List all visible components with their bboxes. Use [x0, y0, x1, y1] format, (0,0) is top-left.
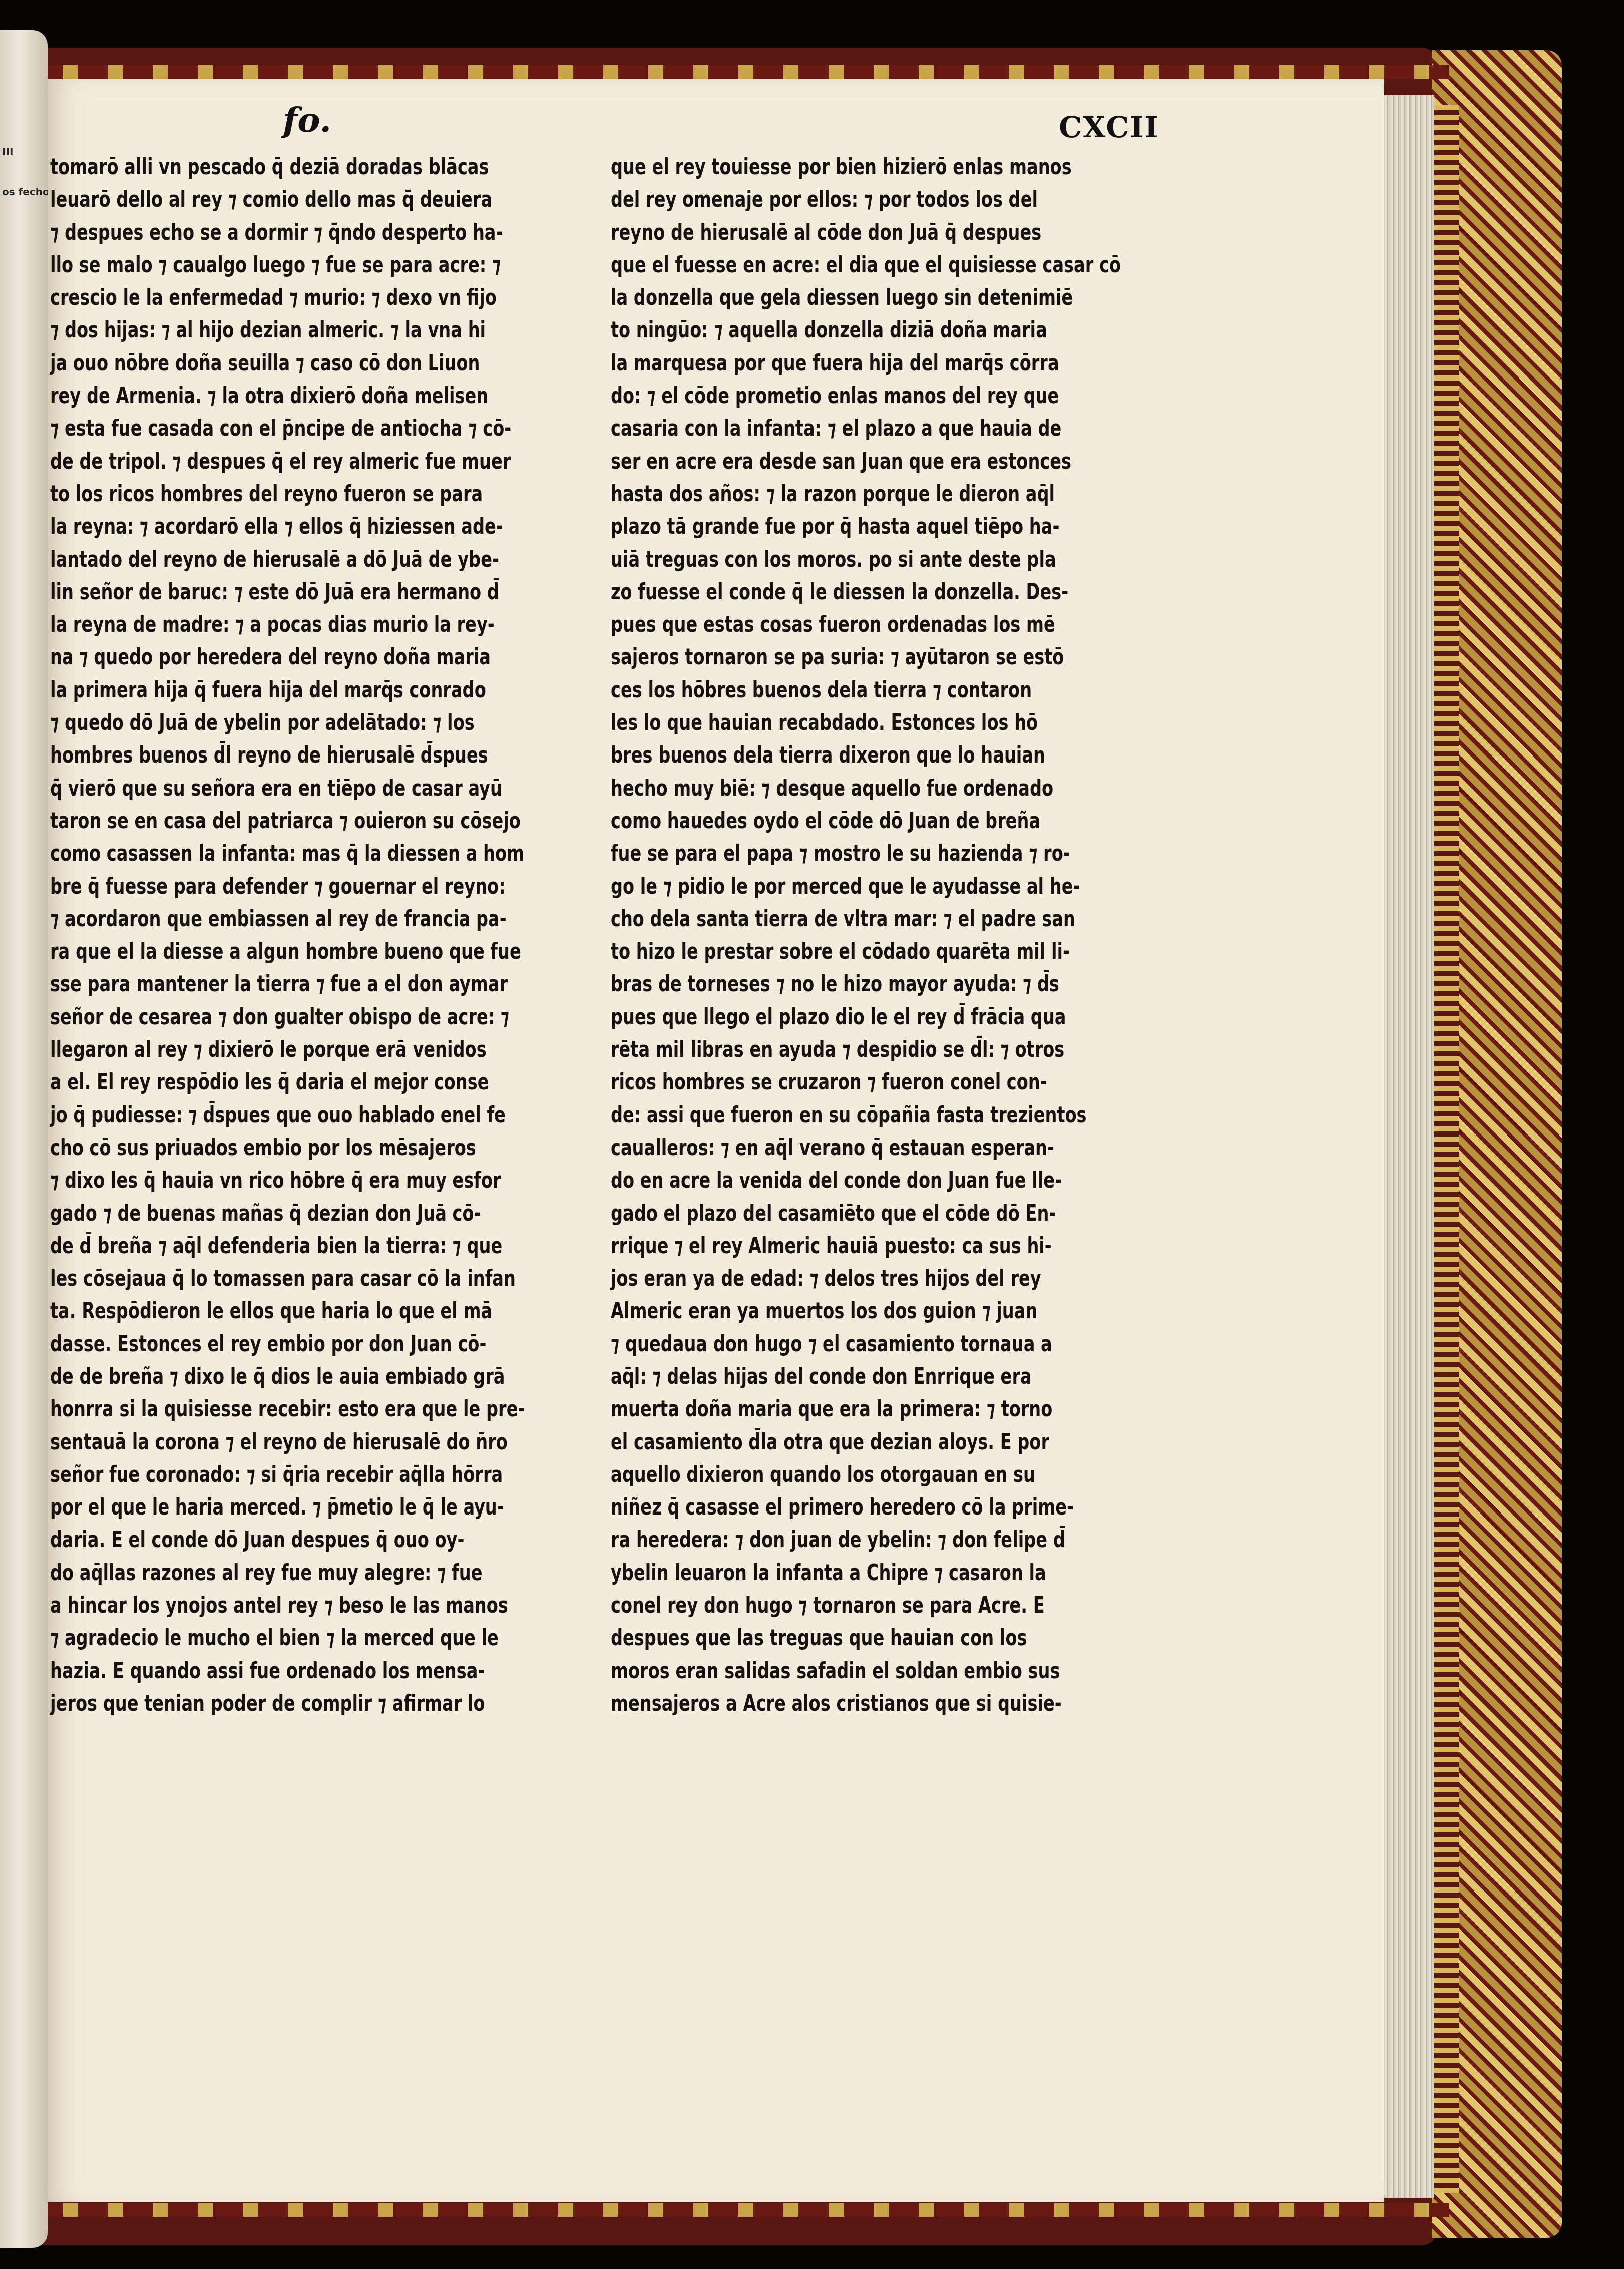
text-line: a el. El rey respōdio les q̄ daria el me… — [50, 1065, 525, 1098]
text-line: do: ⁊ el cōde prometio enlas manos del r… — [611, 379, 1121, 412]
text-line: despues que las treguas que hauian con l… — [611, 1621, 1121, 1654]
text-line: que el rey touiesse por bien hizierō enl… — [611, 150, 1121, 183]
text-line: que el fuesse en acre: el dia que el qui… — [611, 248, 1121, 281]
text-line: do aq̄llas razones al rey fue muy alegre… — [50, 1556, 525, 1589]
text-line: ⁊ dixo les q̄ hauia vn rico hōbre q̄ era… — [50, 1164, 525, 1196]
text-line: tomarō alli vn pescado q̄ deziā doradas … — [50, 150, 525, 183]
text-line: aquello dixieron quando los otorgauan en… — [611, 1458, 1121, 1490]
text-line: sajeros tornaron se pa suria: ⁊ ayūtaron… — [611, 640, 1121, 673]
text-line: rrique ⁊ el rey Almeric hauiā puesto: ca… — [611, 1229, 1121, 1262]
text-line: honrra si la quisiesse recebir: esto era… — [50, 1392, 525, 1425]
text-line: de de breña ⁊ dixo le q̄ dios le auia em… — [50, 1360, 525, 1392]
text-line: les cōsejaua q̄ lo tomassen para casar c… — [50, 1262, 525, 1294]
text-line: plazo tā grande fue por q̄ hasta aquel t… — [611, 510, 1121, 542]
text-line: ra heredera: ⁊ don juan de ybelin: ⁊ don… — [611, 1523, 1121, 1556]
text-line: de d̄ breña ⁊ aq̄l defenderia bien la ti… — [50, 1229, 525, 1262]
text-line: la donzella que gela diessen luego sin d… — [611, 281, 1121, 313]
text-line: moros eran salidas safadin el soldan emb… — [611, 1654, 1121, 1687]
text-line: ricos hombres se cruzaron ⁊ fueron conel… — [611, 1065, 1121, 1098]
text-line: ⁊ esta fue casada con el p̄ncipe de anti… — [50, 412, 525, 444]
text-line: ybelin leuaron la infanta a Chipre ⁊ cas… — [611, 1556, 1121, 1589]
text-column-left: tomarō alli vn pescado q̄ deziā doradas … — [50, 150, 525, 1719]
text-line: fue se para el papa ⁊ mostro le su hazie… — [611, 837, 1121, 869]
text-line: lin señor de baruc: ⁊ este dō Juā era he… — [50, 575, 525, 608]
text-line: daria. E el conde dō Juan despues q̄ ouo… — [50, 1523, 525, 1556]
folio-label: fo. — [283, 100, 331, 140]
text-line: pues que estas cosas fueron ordenadas lo… — [611, 608, 1121, 640]
text-line: de: assi que fueron en su cōpañia fasta … — [611, 1098, 1121, 1131]
text-line: la reyna: ⁊ acordarō ella ⁊ ellos q̄ hiz… — [50, 510, 525, 542]
text-line: caualleros: ⁊ en aq̄l verano q̄ estauan … — [611, 1131, 1121, 1164]
text-line: sse para mantener la tierra ⁊ fue a el d… — [50, 967, 525, 1000]
text-line: les lo que hauian recabdado. Estonces lo… — [611, 706, 1121, 738]
text-line: señor fue coronado: ⁊ si q̄ria recebir a… — [50, 1458, 525, 1490]
text-line: hombres buenos d̄l reyno de hierusalē d̄… — [50, 738, 525, 771]
text-line: ces los hōbres buenos dela tierra ⁊ cont… — [611, 673, 1121, 706]
text-line: leuarō dello al rey ⁊ comio dello mas q̄… — [50, 183, 525, 215]
text-line: jos eran ya de edad: ⁊ delos tres hijos … — [611, 1262, 1121, 1294]
text-line: reyno de hierusalē al cōde don Juā q̄ de… — [611, 216, 1121, 248]
text-line: jeros que tenian poder de complir ⁊ afir… — [50, 1687, 525, 1719]
text-line: do en acre la venida del conde don Juan … — [611, 1164, 1121, 1196]
text-line: por el que le haria merced. ⁊ p̄metio le… — [50, 1490, 525, 1523]
text-line: casaria con la infanta: ⁊ el plazo a que… — [611, 412, 1121, 444]
text-line: ⁊ quedo dō Juā de ybelin por adelātado: … — [50, 706, 525, 738]
text-line: hazia. E quando assi fue ordenado los me… — [50, 1654, 525, 1687]
text-line: cho dela santa tierra de vltra mar: ⁊ el… — [611, 902, 1121, 935]
text-line: ⁊ agradecio le mucho el bien ⁊ la merced… — [50, 1621, 525, 1654]
text-line: dasse. Estonces el rey embio por don Jua… — [50, 1327, 525, 1360]
text-line: ⁊ despues echo se a dormir ⁊ q̄ndo despe… — [50, 216, 525, 248]
text-line: pues que llego el plazo dio le el rey d̄… — [611, 1000, 1121, 1033]
text-line: hasta dos años: ⁊ la razon porque le die… — [611, 477, 1121, 510]
text-line: ⁊ acordaron que embiassen al rey de fran… — [50, 902, 525, 935]
text-line: Almeric eran ya muertos los dos guion ⁊ … — [611, 1294, 1121, 1327]
text-line: sentauā la corona ⁊ el reyno de hierusal… — [50, 1425, 525, 1458]
facing-page-text: III — [2, 140, 13, 164]
text-line: conel rey don hugo ⁊ tornaron se para Ac… — [611, 1589, 1121, 1621]
text-line: a hincar los ynojos antel rey ⁊ beso le … — [50, 1589, 525, 1621]
text-line: uiā treguas con los moros. po si ante de… — [611, 543, 1121, 575]
text-line: mensajeros a Acre alos cristianos que si… — [611, 1687, 1121, 1719]
text-line: niñez q̄ casasse el primero heredero cō … — [611, 1490, 1121, 1523]
text-line: to hizo le prestar sobre el cōdado quarē… — [611, 935, 1121, 967]
text-line: de de tripol. ⁊ despues q̄ el rey almeri… — [50, 445, 525, 477]
facing-page-text: os fechos — [2, 180, 48, 204]
text-line: ser en acre era desde san Juan que era e… — [611, 445, 1121, 477]
text-line: la reyna de madre: ⁊ a pocas dias murio … — [50, 608, 525, 640]
text-line: la primera hija q̄ fuera hija del marq̄s… — [50, 673, 525, 706]
text-line: del rey omenaje por ellos: ⁊ por todos l… — [611, 183, 1121, 215]
text-line: to ningūo: ⁊ aquella donzella diziā doña… — [611, 313, 1121, 346]
text-line: gado el plazo del casamiēto que el cōde … — [611, 1197, 1121, 1229]
text-line: jo q̄ pudiesse: ⁊ d̄spues que ouo hablad… — [50, 1098, 525, 1131]
text-line: bre q̄ fuesse para defender ⁊ gouernar e… — [50, 870, 525, 902]
text-line: la marquesa por que fuera hija del marq̄… — [611, 346, 1121, 379]
text-line: llo se malo ⁊ caualgo luego ⁊ fue se par… — [50, 248, 525, 281]
text-line: q̄ vierō que su señora era en tiēpo de c… — [50, 772, 525, 804]
text-line: bras de torneses ⁊ no le hizo mayor ayud… — [611, 967, 1121, 1000]
text-line: taron se en casa del patriarca ⁊ ouieron… — [50, 804, 525, 837]
gilt-roll-bottom — [48, 2203, 1449, 2217]
facing-page-edge: III os fechos — [0, 30, 48, 2248]
text-line: hecho muy biē: ⁊ desque aquello fue orde… — [611, 772, 1121, 804]
text-line: muerta doña maria que era la primera: ⁊ … — [611, 1392, 1121, 1425]
text-line: ⁊ quedaua don hugo ⁊ el casamiento torna… — [611, 1327, 1121, 1360]
text-line: lantado del reyno de hierusalē a dō Juā … — [50, 543, 525, 575]
text-line: como hauedes oydo el cōde dō Juan de bre… — [611, 804, 1121, 837]
text-line: go le ⁊ pidio le por merced que le ayuda… — [611, 870, 1121, 902]
text-line: rey de Armenia. ⁊ la otra dixierō doña m… — [50, 379, 525, 412]
text-line: ta. Respōdieron le ellos que haria lo qu… — [50, 1294, 525, 1327]
text-line: cho cō sus priuados embio por los mēsaje… — [50, 1131, 525, 1164]
folio-number: CXCII — [1059, 110, 1159, 144]
gilt-roll-top — [48, 65, 1449, 79]
text-column-right: que el rey touiesse por bien hizierō enl… — [611, 150, 1121, 1719]
text-line: ra que el la diesse a algun hombre bueno… — [50, 935, 525, 967]
page-fore-edge — [1379, 95, 1434, 2198]
text-line: ja ouo nōbre doña seuilla ⁊ caso cō don … — [50, 346, 525, 379]
text-line: como casassen la infanta: mas q̄ la dies… — [50, 837, 525, 869]
text-line: aq̄l: ⁊ delas hijas del conde don Enrriq… — [611, 1360, 1121, 1392]
text-line: gado ⁊ de buenas mañas q̄ dezian don Juā… — [50, 1197, 525, 1229]
text-line: llegaron al rey ⁊ dixierō le porque erā … — [50, 1033, 525, 1065]
text-line: rēta mil libras en ayuda ⁊ despidio se d… — [611, 1033, 1121, 1065]
text-line: crescio le la enfermedad ⁊ murio: ⁊ dexo… — [50, 281, 525, 313]
text-line: na ⁊ quedo por heredera del reyno doña m… — [50, 640, 525, 673]
text-line: zo fuesse el conde q̄ le diessen la donz… — [611, 575, 1121, 608]
text-line: bres buenos dela tierra dixeron que lo h… — [611, 738, 1121, 771]
text-line: el casamiento d̄la otra que dezian aloys… — [611, 1425, 1121, 1458]
text-line: to los ricos hombres del reyno fueron se… — [50, 477, 525, 510]
text-line: señor de cesarea ⁊ don gualter obispo de… — [50, 1000, 525, 1033]
text-line: ⁊ dos hijas: ⁊ al hijo dezian almeric. ⁊… — [50, 313, 525, 346]
